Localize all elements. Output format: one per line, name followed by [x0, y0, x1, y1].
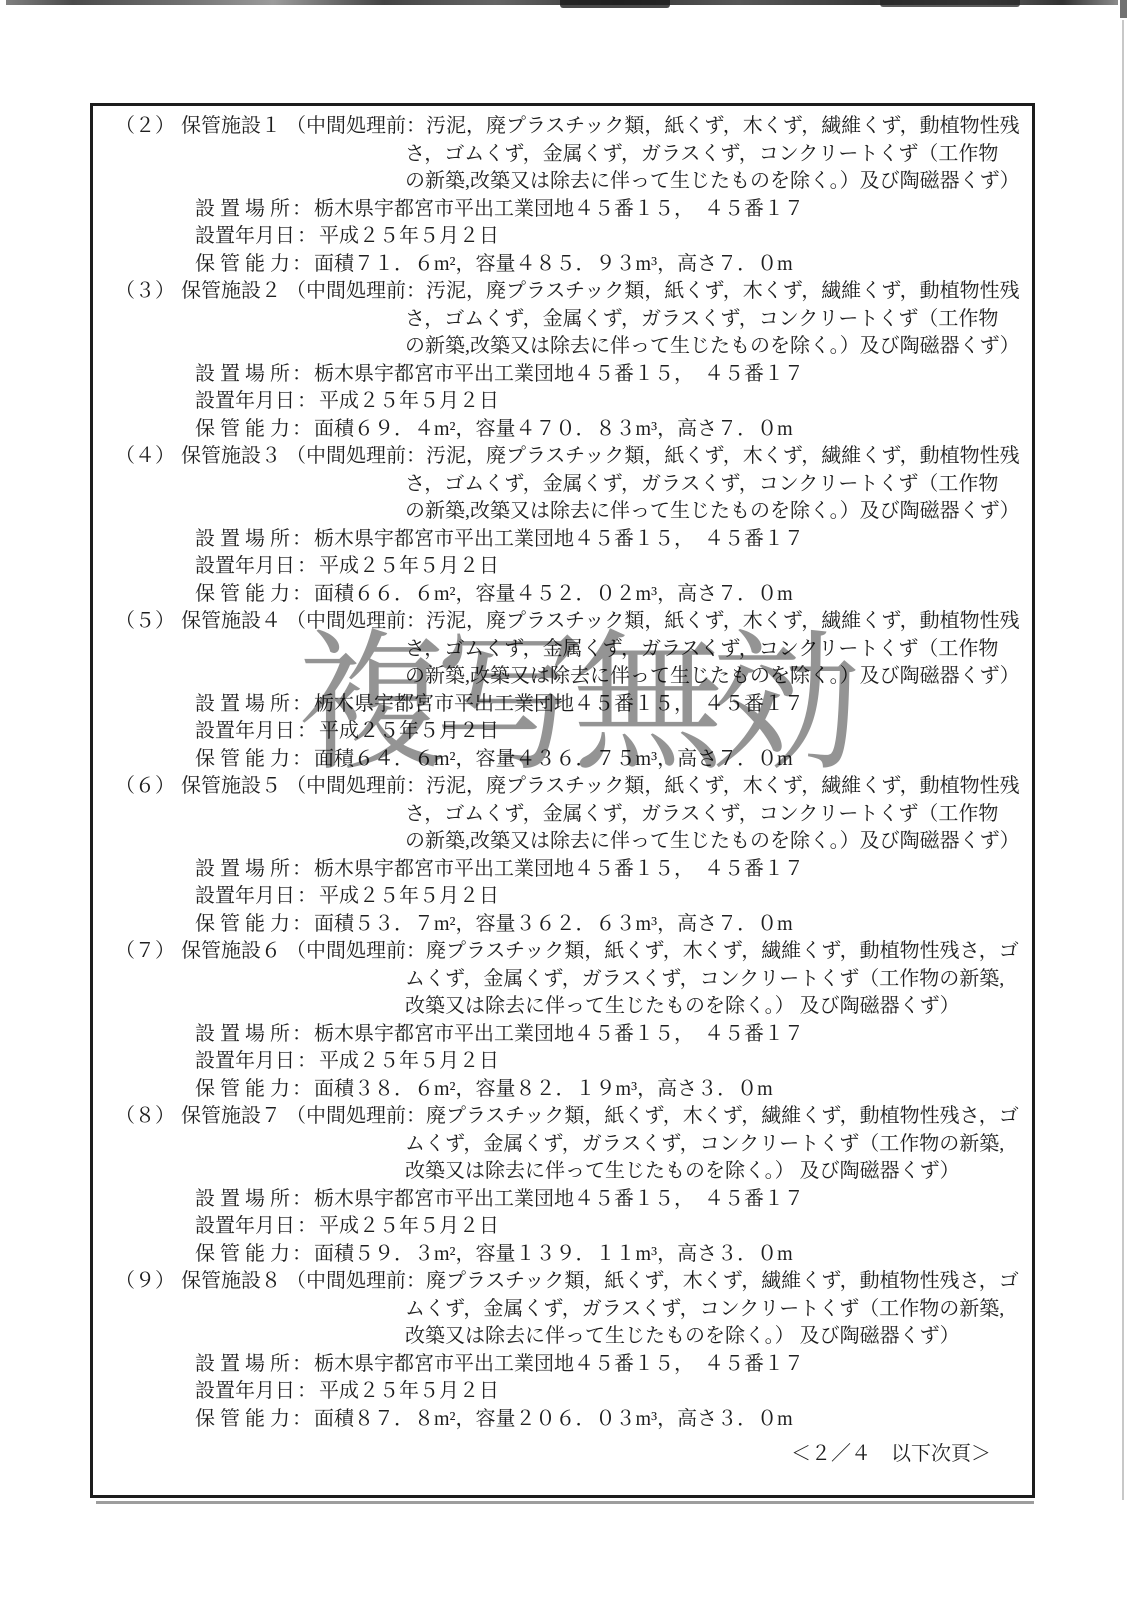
location-row: 設 置 場 所：栃木県宇都宮市平出工業団地４５番１５， ４５番１７	[115, 361, 1015, 389]
capacity-row: 保 管 能 力：面積６４．６m²，容量４３６．７５m³，高さ７．０m	[115, 746, 1015, 774]
colon-separator: ：	[292, 1078, 312, 1100]
colon-separator: ：	[292, 1023, 312, 1045]
facility-name: 保管施設１	[181, 115, 281, 137]
facility-item-number: （６）	[115, 775, 175, 797]
facility-name: 保管施設２	[181, 280, 281, 302]
date-row: 設置年月日：平成２５年５月２日	[115, 883, 1015, 911]
capacity-row: 保 管 能 力：面積５９．３m²，容量１３９．１１m³，高さ３．０m	[115, 1241, 1015, 1269]
facility-heading: （５）保管施設４（中間処理前：汚泥，廃プラスチック類，紙くず，木くず，繊維くず，…	[115, 608, 1015, 636]
colon-separator: ：	[292, 418, 312, 440]
facility-waste-line: （中間処理前：汚泥，廃プラスチック類，紙くず，木くず，繊維くず，動植物性残	[286, 445, 1020, 467]
facility-heading: （７）保管施設６（中間処理前：廃プラスチック類，紙くず，木くず，繊維くず，動植物…	[115, 938, 1015, 966]
facility-waste-line: さ，ゴムくず，金属くず，ガラスくず，コンクリートくず（工作物	[115, 471, 1015, 499]
date-value: 平成２５年５月２日	[319, 1050, 499, 1072]
facility-waste-line: の新築,改築又は除去に伴って生じたものを除く。）及び陶磁器くず）	[115, 828, 1015, 856]
facility-name: 保管施設４	[181, 610, 281, 632]
location-label: 設 置 場 所	[195, 1351, 290, 1379]
facility-item-number: （４）	[115, 445, 175, 467]
colon-separator: ：	[297, 1050, 317, 1072]
scan-edge-artifact	[880, 0, 1020, 7]
date-label: 設置年月日	[195, 1213, 295, 1241]
colon-separator: ：	[297, 1380, 317, 1402]
facility-waste-line: （中間処理前：汚泥，廃プラスチック類，紙くず，木くず，繊維くず，動植物性残	[286, 775, 1020, 797]
capacity-label: 保 管 能 力	[195, 416, 290, 444]
capacity-value: 面積６４．６m²，容量４３６．７５m³，高さ７．０m	[314, 748, 793, 770]
colon-separator: ：	[297, 720, 317, 742]
location-row: 設 置 場 所：栃木県宇都宮市平出工業団地４５番１５， ４５番１７	[115, 196, 1015, 224]
colon-separator: ：	[297, 225, 317, 247]
facility-block: （３）保管施設２（中間処理前：汚泥，廃プラスチック類，紙くず，木くず，繊維くず，…	[115, 278, 1015, 443]
date-value: 平成２５年５月２日	[319, 555, 499, 577]
capacity-label: 保 管 能 力	[195, 911, 290, 939]
capacity-value: 面積６９．４m²，容量４７０．８３m³，高さ７．０m	[314, 418, 793, 440]
facility-waste-line: の新築,改築又は除去に伴って生じたものを除く。）及び陶磁器くず）	[115, 498, 1015, 526]
date-label: 設置年月日	[195, 883, 295, 911]
colon-separator: ：	[292, 363, 312, 385]
facility-item-number: （５）	[115, 610, 175, 632]
date-value: 平成２５年５月２日	[319, 1380, 499, 1402]
date-label: 設置年月日	[195, 553, 295, 581]
date-value: 平成２５年５月２日	[319, 390, 499, 412]
location-row: 設 置 場 所：栃木県宇都宮市平出工業団地４５番１５， ４５番１７	[115, 1351, 1015, 1379]
facility-block: （２）保管施設１（中間処理前：汚泥，廃プラスチック類，紙くず，木くず，繊維くず，…	[115, 113, 1015, 278]
location-label: 設 置 場 所	[195, 361, 290, 389]
capacity-value: 面積３８．６m²，容量８２．１９m³，高さ３．０m	[314, 1078, 773, 1100]
date-label: 設置年月日	[195, 718, 295, 746]
location-label: 設 置 場 所	[195, 1021, 290, 1049]
facility-name: 保管施設５	[181, 775, 281, 797]
colon-separator: ：	[297, 555, 317, 577]
location-value: 栃木県宇都宮市平出工業団地４５番１５， ４５番１７	[314, 198, 804, 220]
document-content: （２）保管施設１（中間処理前：汚泥，廃プラスチック類，紙くず，木くず，繊維くず，…	[115, 113, 1015, 1469]
date-label: 設置年月日	[195, 388, 295, 416]
date-value: 平成２５年５月２日	[319, 225, 499, 247]
date-label: 設置年月日	[195, 1048, 295, 1076]
colon-separator: ：	[292, 748, 312, 770]
facility-list: （２）保管施設１（中間処理前：汚泥，廃プラスチック類，紙くず，木くず，繊維くず，…	[115, 113, 1015, 1433]
facility-item-number: （８）	[115, 1105, 175, 1127]
location-row: 設 置 場 所：栃木県宇都宮市平出工業団地４５番１５， ４５番１７	[115, 1021, 1015, 1049]
location-row: 設 置 場 所：栃木県宇都宮市平出工業団地４５番１５， ４５番１７	[115, 691, 1015, 719]
facility-block: （７）保管施設６（中間処理前：廃プラスチック類，紙くず，木くず，繊維くず，動植物…	[115, 938, 1015, 1103]
capacity-value: 面積７１．６m²，容量４８５．９３m³，高さ７．０m	[314, 253, 793, 275]
facility-heading: （９）保管施設８（中間処理前：廃プラスチック類，紙くず，木くず，繊維くず，動植物…	[115, 1268, 1015, 1296]
colon-separator: ：	[292, 253, 312, 275]
location-label: 設 置 場 所	[195, 196, 290, 224]
capacity-label: 保 管 能 力	[195, 581, 290, 609]
facility-waste-line: 改築又は除去に伴って生じたものを除く。） 及び陶磁器くず）	[115, 1158, 1015, 1186]
location-value: 栃木県宇都宮市平出工業団地４５番１５， ４５番１７	[314, 1188, 804, 1210]
facility-waste-line: ムくず，金属くず，ガラスくず，コンクリートくず（工作物の新築,	[115, 1131, 1015, 1159]
facility-item-number: （２）	[115, 115, 175, 137]
scan-edge-artifact	[1120, 0, 1127, 18]
location-row: 設 置 場 所：栃木県宇都宮市平出工業団地４５番１５， ４５番１７	[115, 526, 1015, 554]
location-row: 設 置 場 所：栃木県宇都宮市平出工業団地４５番１５， ４５番１７	[115, 856, 1015, 884]
facility-item-number: （３）	[115, 280, 175, 302]
facility-waste-line: （中間処理前：廃プラスチック類，紙くず，木くず，繊維くず，動植物性残さ，ゴ	[286, 1270, 1019, 1292]
facility-waste-line: さ，ゴムくず，金属くず，ガラスくず，コンクリートくず（工作物	[115, 306, 1015, 334]
colon-separator: ：	[292, 528, 312, 550]
capacity-value: 面積５９．３m²，容量１３９．１１m³，高さ３．０m	[314, 1243, 793, 1265]
capacity-row: 保 管 能 力：面積６６．６m²，容量４５２．０２m³，高さ７．０m	[115, 581, 1015, 609]
colon-separator: ：	[292, 583, 312, 605]
date-label: 設置年月日	[195, 223, 295, 251]
capacity-value: 面積８７．８m²，容量２０６．０３m³，高さ３．０m	[314, 1408, 793, 1430]
colon-separator: ：	[292, 913, 312, 935]
frame-shadow-line	[96, 1501, 1034, 1504]
location-row: 設 置 場 所：栃木県宇都宮市平出工業団地４５番１５， ４５番１７	[115, 1186, 1015, 1214]
colon-separator: ：	[292, 693, 312, 715]
facility-heading: （２）保管施設１（中間処理前：汚泥，廃プラスチック類，紙くず，木くず，繊維くず，…	[115, 113, 1015, 141]
page-number-footer: ＜２／４ 以下次頁＞	[115, 1441, 1015, 1469]
colon-separator: ：	[297, 390, 317, 412]
page-edge-shadow	[1122, 20, 1124, 1500]
facility-waste-line: 改築又は除去に伴って生じたものを除く。） 及び陶磁器くず）	[115, 1323, 1015, 1351]
location-value: 栃木県宇都宮市平出工業団地４５番１５， ４５番１７	[314, 693, 804, 715]
facility-item-number: （７）	[115, 940, 175, 962]
facility-block: （４）保管施設３（中間処理前：汚泥，廃プラスチック類，紙くず，木くず，繊維くず，…	[115, 443, 1015, 608]
capacity-label: 保 管 能 力	[195, 1241, 290, 1269]
date-row: 設置年月日：平成２５年５月２日	[115, 553, 1015, 581]
capacity-label: 保 管 能 力	[195, 1076, 290, 1104]
facility-block: （８）保管施設７（中間処理前：廃プラスチック類，紙くず，木くず，繊維くず，動植物…	[115, 1103, 1015, 1268]
capacity-row: 保 管 能 力：面積５３．７m²，容量３６２．６３m³，高さ７．０m	[115, 911, 1015, 939]
facility-waste-line: ムくず，金属くず，ガラスくず，コンクリートくず（工作物の新築,	[115, 966, 1015, 994]
location-label: 設 置 場 所	[195, 1186, 290, 1214]
colon-separator: ：	[292, 858, 312, 880]
date-row: 設置年月日：平成２５年５月２日	[115, 1213, 1015, 1241]
location-label: 設 置 場 所	[195, 526, 290, 554]
facility-heading: （６）保管施設５（中間処理前：汚泥，廃プラスチック類，紙くず，木くず，繊維くず，…	[115, 773, 1015, 801]
location-label: 設 置 場 所	[195, 856, 290, 884]
facility-waste-line: の新築,改築又は除去に伴って生じたものを除く。）及び陶磁器くず）	[115, 333, 1015, 361]
date-row: 設置年月日：平成２５年５月２日	[115, 388, 1015, 416]
capacity-value: 面積６６．６m²，容量４５２．０２m³，高さ７．０m	[314, 583, 793, 605]
facility-block: （９）保管施設８（中間処理前：廃プラスチック類，紙くず，木くず，繊維くず，動植物…	[115, 1268, 1015, 1433]
facility-waste-line: 改築又は除去に伴って生じたものを除く。） 及び陶磁器くず）	[115, 993, 1015, 1021]
colon-separator: ：	[297, 1215, 317, 1237]
facility-waste-line: ムくず，金属くず，ガラスくず，コンクリートくず（工作物の新築,	[115, 1296, 1015, 1324]
capacity-row: 保 管 能 力：面積８７．８m²，容量２０６．０３m³，高さ３．０m	[115, 1406, 1015, 1434]
date-row: 設置年月日：平成２５年５月２日	[115, 718, 1015, 746]
facility-waste-line: さ，ゴムくず，金属くず，ガラスくず，コンクリートくず（工作物	[115, 636, 1015, 664]
location-value: 栃木県宇都宮市平出工業団地４５番１５， ４５番１７	[314, 1023, 804, 1045]
capacity-label: 保 管 能 力	[195, 746, 290, 774]
date-row: 設置年月日：平成２５年５月２日	[115, 223, 1015, 251]
facility-waste-line: （中間処理前：廃プラスチック類，紙くず，木くず，繊維くず，動植物性残さ，ゴ	[286, 940, 1019, 962]
scan-edge-artifact	[560, 0, 670, 8]
date-value: 平成２５年５月２日	[319, 1215, 499, 1237]
colon-separator: ：	[292, 1243, 312, 1265]
capacity-value: 面積５３．７m²，容量３６２．６３m³，高さ７．０m	[314, 913, 793, 935]
facility-item-number: （９）	[115, 1270, 175, 1292]
facility-waste-line: の新築,改築又は除去に伴って生じたものを除く。）及び陶磁器くず）	[115, 168, 1015, 196]
facility-heading: （４）保管施設３（中間処理前：汚泥，廃プラスチック類，紙くず，木くず，繊維くず，…	[115, 443, 1015, 471]
document-border-frame: （２）保管施設１（中間処理前：汚泥，廃プラスチック類，紙くず，木くず，繊維くず，…	[90, 103, 1035, 1498]
facility-waste-line: （中間処理前：汚泥，廃プラスチック類，紙くず，木くず，繊維くず，動植物性残	[286, 280, 1020, 302]
colon-separator: ：	[292, 198, 312, 220]
facility-waste-line: の新築,改築又は除去に伴って生じたものを除く。）及び陶磁器くず）	[115, 663, 1015, 691]
date-value: 平成２５年５月２日	[319, 720, 499, 742]
colon-separator: ：	[292, 1353, 312, 1375]
location-value: 栃木県宇都宮市平出工業団地４５番１５， ４５番１７	[314, 363, 804, 385]
facility-name: 保管施設７	[181, 1105, 281, 1127]
facility-waste-line: （中間処理前：汚泥，廃プラスチック類，紙くず，木くず，繊維くず，動植物性残	[286, 610, 1020, 632]
facility-name: 保管施設８	[181, 1270, 281, 1292]
location-value: 栃木県宇都宮市平出工業団地４５番１５， ４５番１７	[314, 528, 804, 550]
facility-name: 保管施設３	[181, 445, 281, 467]
facility-waste-line: さ，ゴムくず，金属くず，ガラスくず，コンクリートくず（工作物	[115, 141, 1015, 169]
facility-block: （６）保管施設５（中間処理前：汚泥，廃プラスチック類，紙くず，木くず，繊維くず，…	[115, 773, 1015, 938]
location-value: 栃木県宇都宮市平出工業団地４５番１５， ４５番１７	[314, 1353, 804, 1375]
colon-separator: ：	[292, 1408, 312, 1430]
capacity-label: 保 管 能 力	[195, 1406, 290, 1434]
facility-heading: （３）保管施設２（中間処理前：汚泥，廃プラスチック類，紙くず，木くず，繊維くず，…	[115, 278, 1015, 306]
capacity-row: 保 管 能 力：面積７１．６m²，容量４８５．９３m³，高さ７．０m	[115, 251, 1015, 279]
location-label: 設 置 場 所	[195, 691, 290, 719]
capacity-row: 保 管 能 力：面積３８．６m²，容量８２．１９m³，高さ３．０m	[115, 1076, 1015, 1104]
capacity-label: 保 管 能 力	[195, 251, 290, 279]
date-row: 設置年月日：平成２５年５月２日	[115, 1048, 1015, 1076]
facility-waste-line: さ，ゴムくず，金属くず，ガラスくず，コンクリートくず（工作物	[115, 801, 1015, 829]
facility-heading: （８）保管施設７（中間処理前：廃プラスチック類，紙くず，木くず，繊維くず，動植物…	[115, 1103, 1015, 1131]
date-value: 平成２５年５月２日	[319, 885, 499, 907]
location-value: 栃木県宇都宮市平出工業団地４５番１５， ４５番１７	[314, 858, 804, 880]
date-label: 設置年月日	[195, 1378, 295, 1406]
date-row: 設置年月日：平成２５年５月２日	[115, 1378, 1015, 1406]
colon-separator: ：	[297, 885, 317, 907]
colon-separator: ：	[292, 1188, 312, 1210]
facility-name: 保管施設６	[181, 940, 281, 962]
facility-waste-line: （中間処理前：汚泥，廃プラスチック類，紙くず，木くず，繊維くず，動植物性残	[286, 115, 1020, 137]
capacity-row: 保 管 能 力：面積６９．４m²，容量４７０．８３m³，高さ７．０m	[115, 416, 1015, 444]
facility-block: （５）保管施設４（中間処理前：汚泥，廃プラスチック類，紙くず，木くず，繊維くず，…	[115, 608, 1015, 773]
facility-waste-line: （中間処理前：廃プラスチック類，紙くず，木くず，繊維くず，動植物性残さ，ゴ	[286, 1105, 1019, 1127]
